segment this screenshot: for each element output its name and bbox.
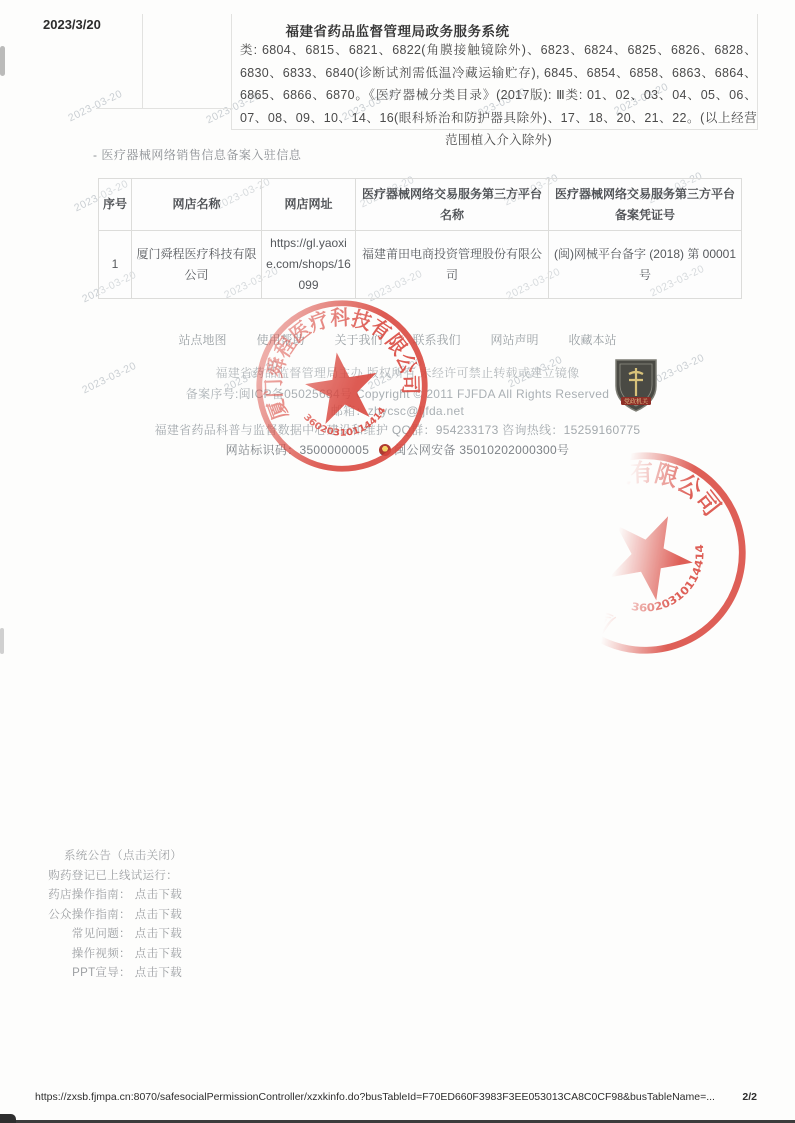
col-header-certificate-no: 医疗器械网络交易服务第三方平台备案凭证号 bbox=[549, 179, 742, 231]
system-notice-panel: 系统公告（点击关闭） 购药登记已上线试运行： 药店操作指南：点击下载 公众操作指… bbox=[30, 847, 182, 984]
nav-link-sitemap[interactable]: 站点地图 bbox=[178, 331, 226, 348]
notice-row: 药店操作指南：点击下载 bbox=[30, 886, 182, 906]
remnant-line-vertical-2 bbox=[231, 14, 232, 129]
shop-name-cell: 厦门舜程医疗科技有限公司 bbox=[132, 231, 262, 299]
entry-table: 序号 网店名称 网店网址 医疗器械网络交易服务第三方平台名称 医疗器械网络交易服… bbox=[98, 178, 742, 299]
download-link[interactable]: 点击下载 bbox=[135, 889, 182, 901]
scan-edge-corner bbox=[0, 1114, 16, 1123]
col-header-shop-name: 网店名称 bbox=[132, 179, 262, 231]
page-number: 2/2 bbox=[742, 1091, 757, 1103]
page-title: 福建省药品监督管理局政务服务系统 bbox=[0, 20, 795, 40]
notice-label: 药店操作指南： bbox=[48, 889, 131, 901]
business-scope-text: 类: 6804、6815、6821、6822(角膜接触镜除外)、6823、682… bbox=[240, 39, 757, 152]
notice-row: PPT宣导：点击下载 bbox=[30, 964, 182, 984]
print-url: https://zxsb.fjmpa.cn:8070/safesocialPer… bbox=[35, 1091, 715, 1103]
gov-agency-badge: 党政机关 bbox=[613, 356, 659, 414]
site-code-value: 3500000005 bbox=[299, 443, 369, 457]
download-link[interactable]: 点击下载 bbox=[135, 967, 182, 979]
seq-cell: 1 bbox=[99, 231, 132, 299]
site-code-label: 网站标识码： bbox=[226, 443, 300, 457]
site-code-line: 网站标识码：3500000005闽公网安备 35010202000300号 bbox=[0, 441, 795, 458]
police-badge-icon bbox=[379, 444, 391, 456]
notice-label: 常见问题： bbox=[72, 928, 131, 940]
notice-label: 购药登记已上线试运行： bbox=[48, 870, 178, 882]
table-row: 1 厦门舜程医疗科技有限公司 https://gl.yaoxie.com/sho… bbox=[99, 231, 742, 299]
section-title: - 医疗器械网络销售信息备案入驻信息 bbox=[93, 146, 301, 163]
notice-label: PPT宣导： bbox=[72, 967, 131, 979]
download-link[interactable]: 点击下载 bbox=[135, 928, 182, 940]
col-header-shop-url: 网店网址 bbox=[262, 179, 356, 231]
nav-link-statement[interactable]: 网站声明 bbox=[491, 331, 539, 348]
notice-row: 购药登记已上线试运行： bbox=[30, 867, 182, 887]
scanned-page: { "page": { "print_date": "2023/3/20", "… bbox=[0, 0, 795, 1123]
remnant-line-horizontal-1 bbox=[96, 108, 231, 109]
download-link[interactable]: 点击下载 bbox=[135, 909, 182, 921]
support-line: 福建省药品科普与监督数据中心建设和维护 QQ群：954233173 咨询热线：1… bbox=[0, 421, 795, 438]
col-header-platform-name: 医疗器械网络交易服务第三方平台名称 bbox=[356, 179, 549, 231]
nav-link-about[interactable]: 关于我们 bbox=[334, 331, 382, 348]
platform-name-cell: 福建莆田电商投资管理股份有限公司 bbox=[356, 231, 549, 299]
certificate-no-cell: (闽)网械平台备字 (2018) 第 00001号 bbox=[549, 231, 742, 299]
notice-row: 公众操作指南：点击下载 bbox=[30, 906, 182, 926]
email-line: 邮箱：zhycsc@fjfda.net bbox=[0, 402, 795, 419]
nav-link-contact[interactable]: 联系我们 bbox=[413, 331, 461, 348]
nav-link-help[interactable]: 使用帮助 bbox=[256, 331, 304, 348]
gov-badge-label: 党政机关 bbox=[624, 398, 648, 406]
icp-line: 备案序号:闽ICP备05025684号 Copyright © 2011 FJF… bbox=[0, 385, 795, 402]
notice-row: 常见问题：点击下载 bbox=[30, 925, 182, 945]
table-header-row: 序号 网店名称 网店网址 医疗器械网络交易服务第三方平台名称 医疗器械网络交易服… bbox=[99, 179, 742, 231]
notice-label: 公众操作指南： bbox=[48, 909, 131, 921]
nav-link-favorite[interactable]: 收藏本站 bbox=[569, 331, 617, 348]
download-link[interactable]: 点击下载 bbox=[135, 948, 182, 960]
remnant-line-vertical-3 bbox=[757, 14, 758, 130]
col-header-seq: 序号 bbox=[99, 179, 132, 231]
police-record-text: 闽公网安备 35010202000300号 bbox=[394, 443, 569, 457]
shop-url-cell: https://gl.yaoxie.com/shops/16099 bbox=[262, 231, 356, 299]
system-notice-title[interactable]: 系统公告（点击关闭） bbox=[30, 847, 182, 867]
scan-smudge bbox=[0, 628, 4, 654]
scan-smudge bbox=[0, 46, 5, 76]
notice-row: 操作视频：点击下载 bbox=[30, 945, 182, 965]
notice-label: 操作视频： bbox=[72, 948, 131, 960]
footer-nav: 站点地图 使用帮助 关于我们 联系我们 网站声明 收藏本站 bbox=[0, 331, 795, 348]
copyright-line: 福建省药品监督管理局主办 版权所有 未经许可禁止转载或建立镜像 bbox=[0, 364, 795, 381]
shield-icon: 党政机关 bbox=[613, 356, 659, 414]
remnant-line-vertical-1 bbox=[142, 14, 143, 108]
